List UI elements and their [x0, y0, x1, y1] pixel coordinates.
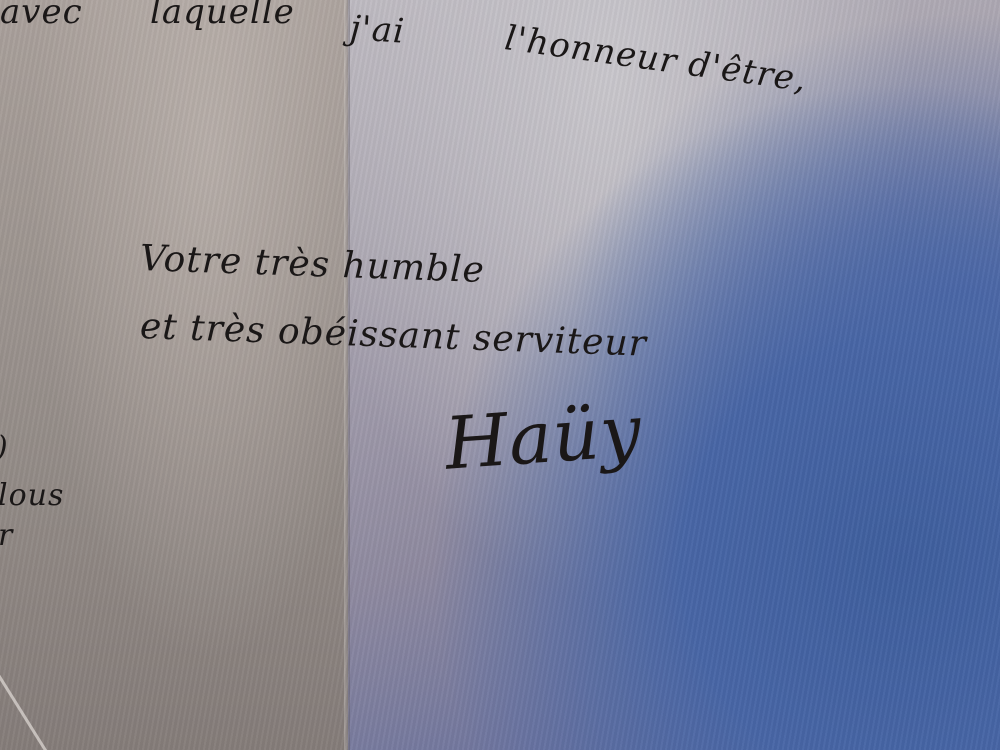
- margin-fragment: r: [0, 518, 13, 553]
- paper-right-panel: [348, 0, 1000, 750]
- paper-left-panel: [0, 0, 350, 750]
- top-line-word-avec: avec: [0, 0, 83, 32]
- margin-fragment: lous: [0, 478, 64, 513]
- margin-fragment: ): [0, 430, 9, 465]
- top-line-word-laquelle: laquelle: [150, 0, 295, 32]
- paper-fold-crease: [344, 0, 350, 750]
- top-line-word-jai: j'ai: [349, 8, 407, 52]
- letter-photograph: avec laquelle j'ai l'honneur d'être, Vot…: [0, 0, 1000, 750]
- signature: Haüy: [442, 388, 644, 486]
